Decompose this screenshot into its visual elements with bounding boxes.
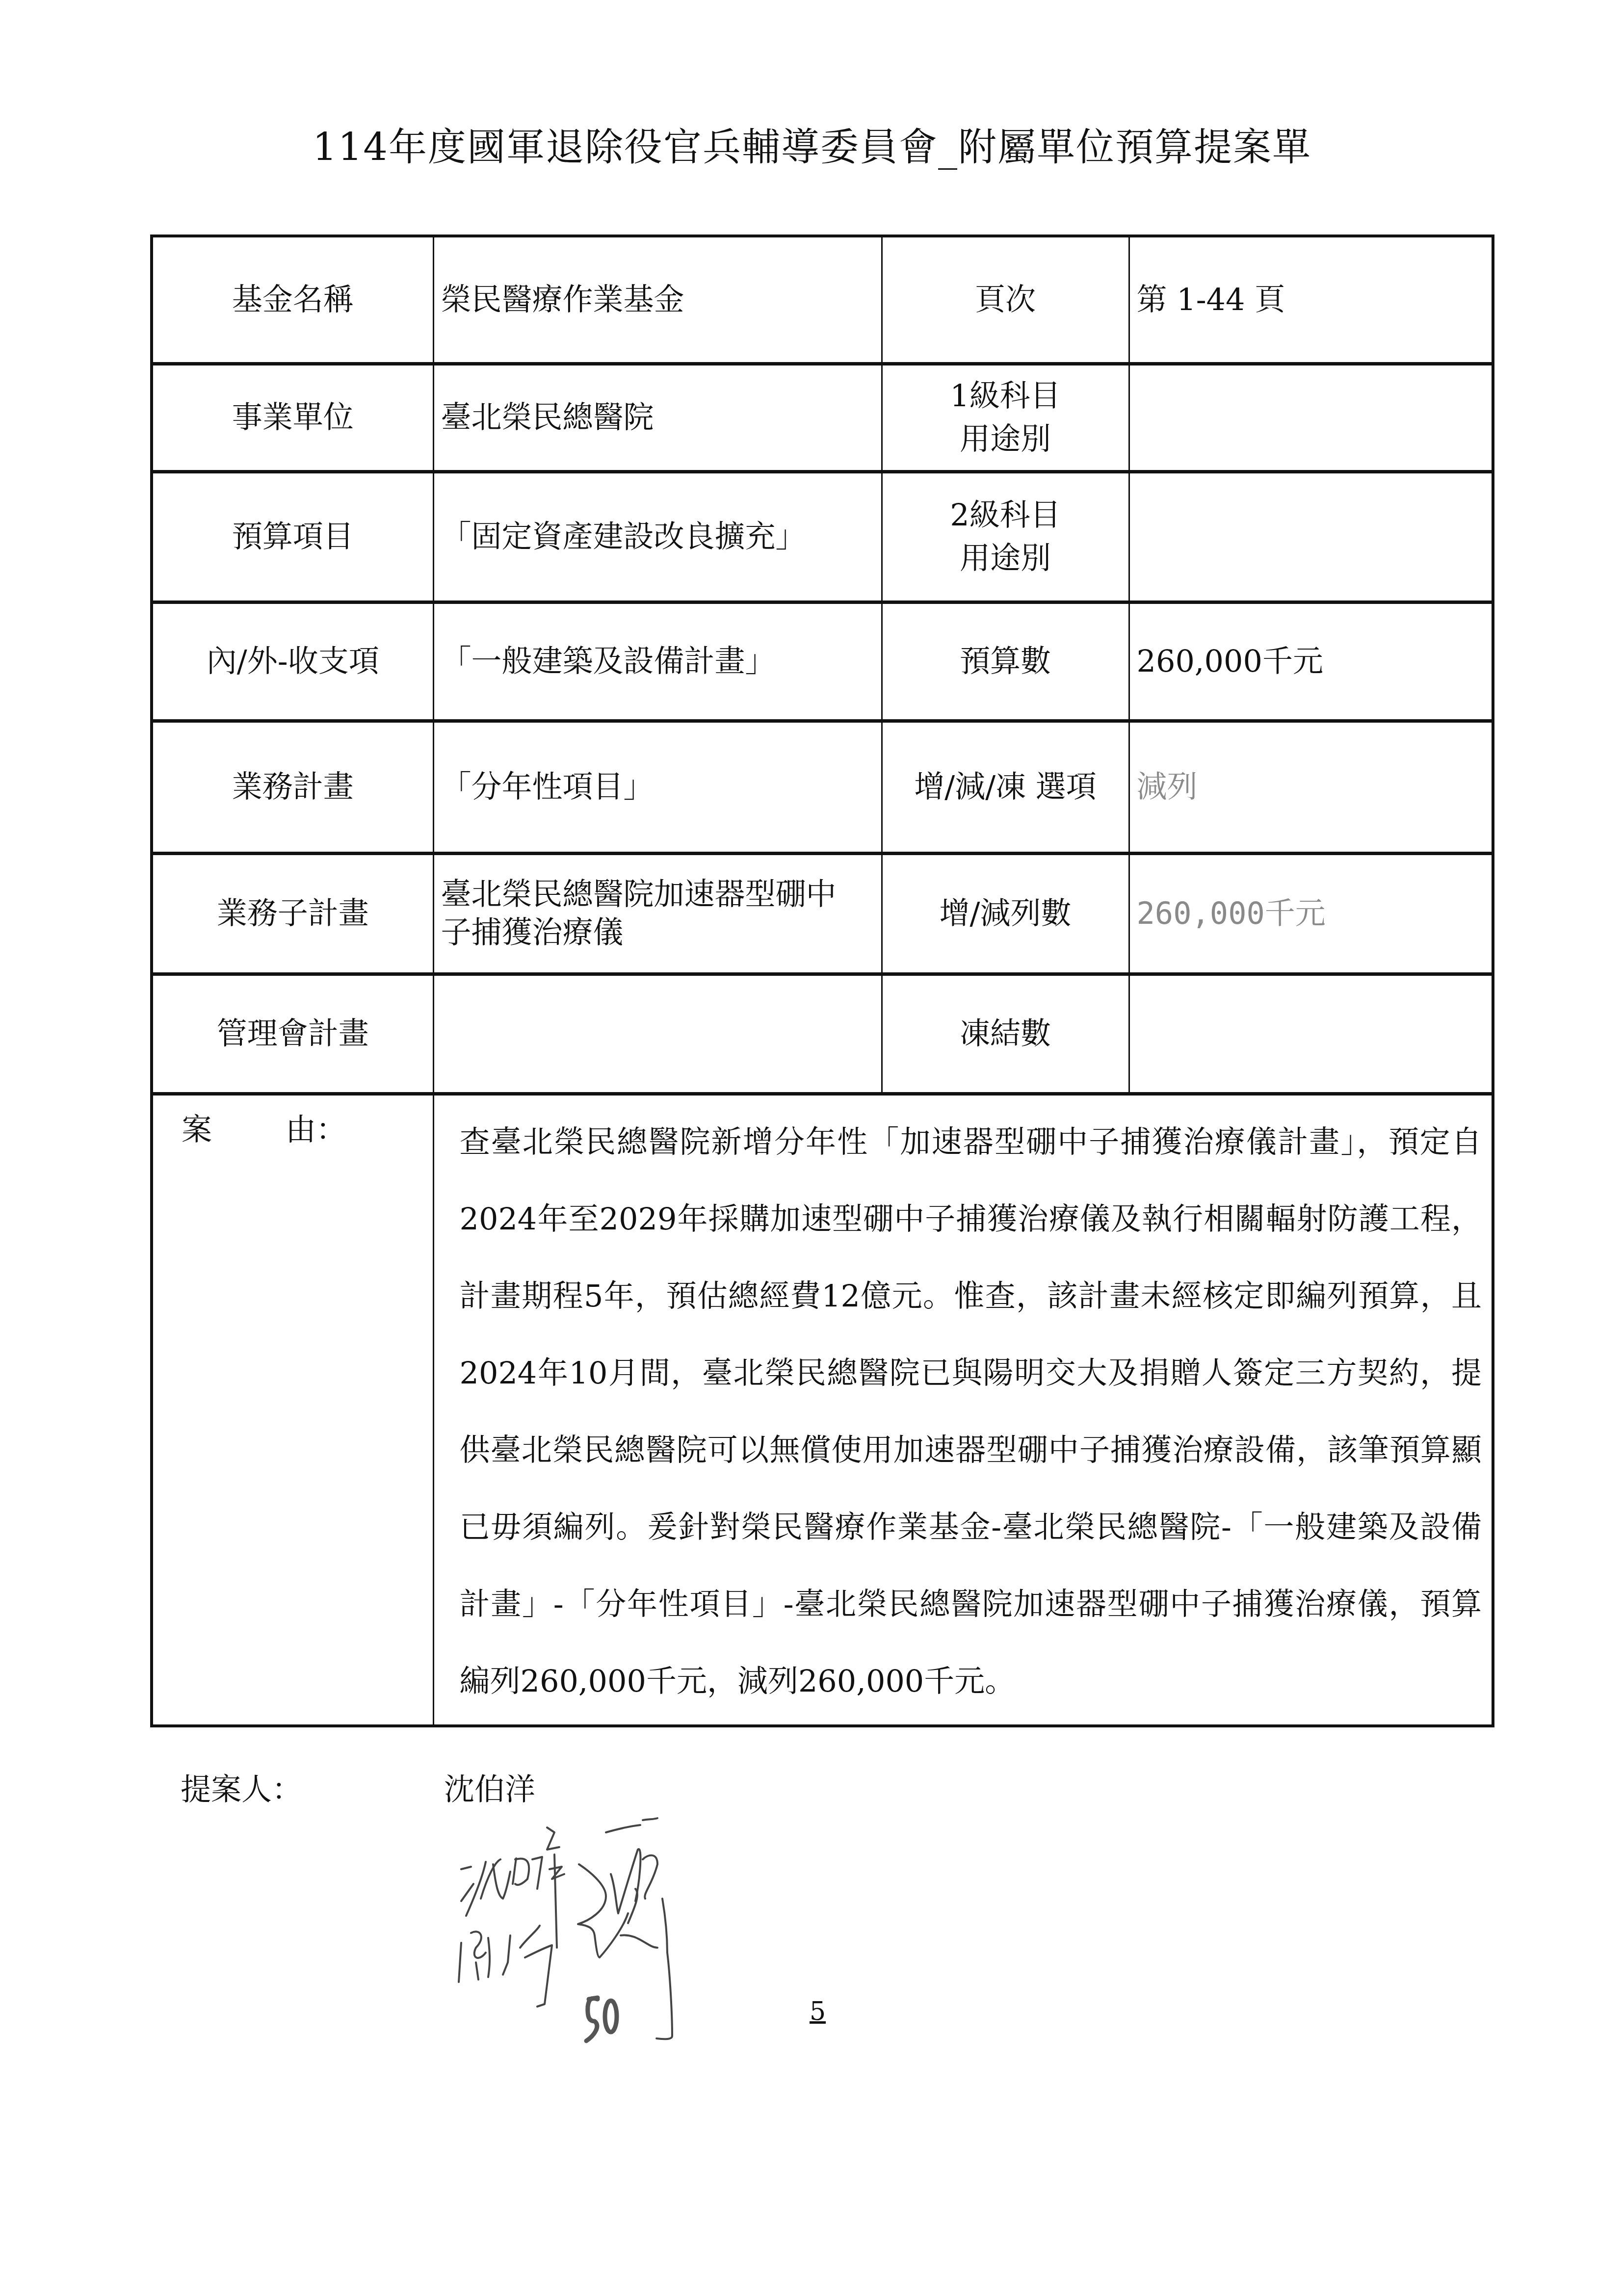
business-plan-label: 業務計畫	[152, 721, 433, 853]
form-row-reason: 案由： 查臺北榮民總醫院新增分年性「加速器型硼中子捕獲治療儀計畫」，預定自202…	[152, 1094, 1493, 1726]
business-unit-label: 事業單位	[152, 364, 433, 471]
adjust-option-label: 增/減/凍 選項	[882, 721, 1129, 853]
business-unit-value: 臺北榮民總醫院	[433, 364, 882, 471]
page-ref-label: 頁次	[882, 236, 1129, 364]
frozen-amount-label: 凍結數	[882, 974, 1129, 1094]
income-expense-value: 「一般建築及設備計畫」	[433, 602, 882, 721]
frozen-amount-value	[1129, 974, 1493, 1094]
level1-subject-label-line2: 用途別	[883, 417, 1128, 461]
page-ref-value: 第 1-44 頁	[1129, 236, 1493, 364]
level1-subject-value	[1129, 364, 1493, 471]
form-row-fund-name: 基金名稱 榮民醫療作業基金 頁次 第 1-44 頁	[152, 236, 1493, 364]
adjust-amount-value: 260,000千元	[1129, 853, 1493, 974]
sub-plan-value-line2: 子捕獲治療儀	[441, 913, 881, 952]
proposer-label: 提案人：	[181, 1765, 302, 1809]
budget-amount-label: 預算數	[882, 602, 1129, 721]
page-title: 114年度國軍退除役官兵輔導委員會_附屬單位預算提案單	[0, 117, 1624, 172]
signature-1	[461, 1827, 564, 1948]
management-plan-label: 管理會計畫	[152, 974, 433, 1094]
reason-label-part1: 案	[182, 1112, 212, 1148]
level1-subject-label-line1: 1級科目	[883, 374, 1128, 417]
business-plan-value: 「分年性項目」	[433, 721, 882, 853]
fund-name-value: 榮民醫療作業基金	[433, 236, 882, 364]
budget-amount-value: 260,000千元	[1129, 602, 1493, 721]
proposer-name: 沈伯洋	[444, 1765, 535, 1809]
adjust-amount-label: 增/減列數	[882, 853, 1129, 974]
level2-subject-label-line1: 2級科目	[883, 494, 1128, 537]
budget-item-value: 「固定資產建設改良擴充」	[433, 471, 882, 602]
sub-plan-value: 臺北榮民總醫院加速器型硼中 子捕獲治療儀	[433, 853, 882, 974]
income-expense-label: 內/外-收支項	[152, 602, 433, 721]
signature-2	[459, 1926, 552, 2007]
sub-plan-value-line1: 臺北榮民總醫院加速器型硼中	[441, 875, 881, 913]
level1-subject-label: 1級科目 用途別	[882, 364, 1129, 471]
budget-proposal-form: 基金名稱 榮民醫療作業基金 頁次 第 1-44 頁 事業單位 臺北榮民總醫院 1…	[150, 235, 1494, 1727]
adjust-option-value: 減列	[1129, 721, 1493, 853]
form-row-business-plan: 業務計畫 「分年性項目」 增/減/凍 選項 減列	[152, 721, 1493, 853]
handwritten-50	[586, 1998, 617, 2041]
form-row-sub-plan: 業務子計畫 臺北榮民總醫院加速器型硼中 子捕獲治療儀 增/減列數 260,000…	[152, 853, 1493, 974]
fund-name-label: 基金名稱	[152, 236, 433, 364]
level2-subject-label-line2: 用途別	[883, 537, 1128, 580]
form-row-management-plan: 管理會計畫 凍結數	[152, 974, 1493, 1094]
reason-label: 案由：	[152, 1094, 433, 1726]
level2-subject-value	[1129, 471, 1493, 602]
reason-label-part2: 由：	[286, 1112, 346, 1148]
sub-plan-label: 業務子計畫	[152, 853, 433, 974]
reason-text: 查臺北榮民總醫院新增分年性「加速器型硼中子捕獲治療儀計畫」，預定自2024年至2…	[433, 1094, 1493, 1726]
handwritten-signatures	[442, 1815, 1276, 2257]
form-row-budget-item: 預算項目 「固定資產建設改良擴充」 2級科目 用途別	[152, 471, 1493, 602]
form-row-income-expense: 內/外-收支項 「一般建築及設備計畫」 預算數 260,000千元	[152, 602, 1493, 721]
level2-subject-label: 2級科目 用途別	[882, 471, 1129, 602]
signature-3	[578, 1818, 672, 2039]
management-plan-value	[433, 974, 882, 1094]
form-row-business-unit: 事業單位 臺北榮民總醫院 1級科目 用途別	[152, 364, 1493, 471]
page-number: 5	[810, 1997, 826, 2026]
budget-item-label: 預算項目	[152, 471, 433, 602]
